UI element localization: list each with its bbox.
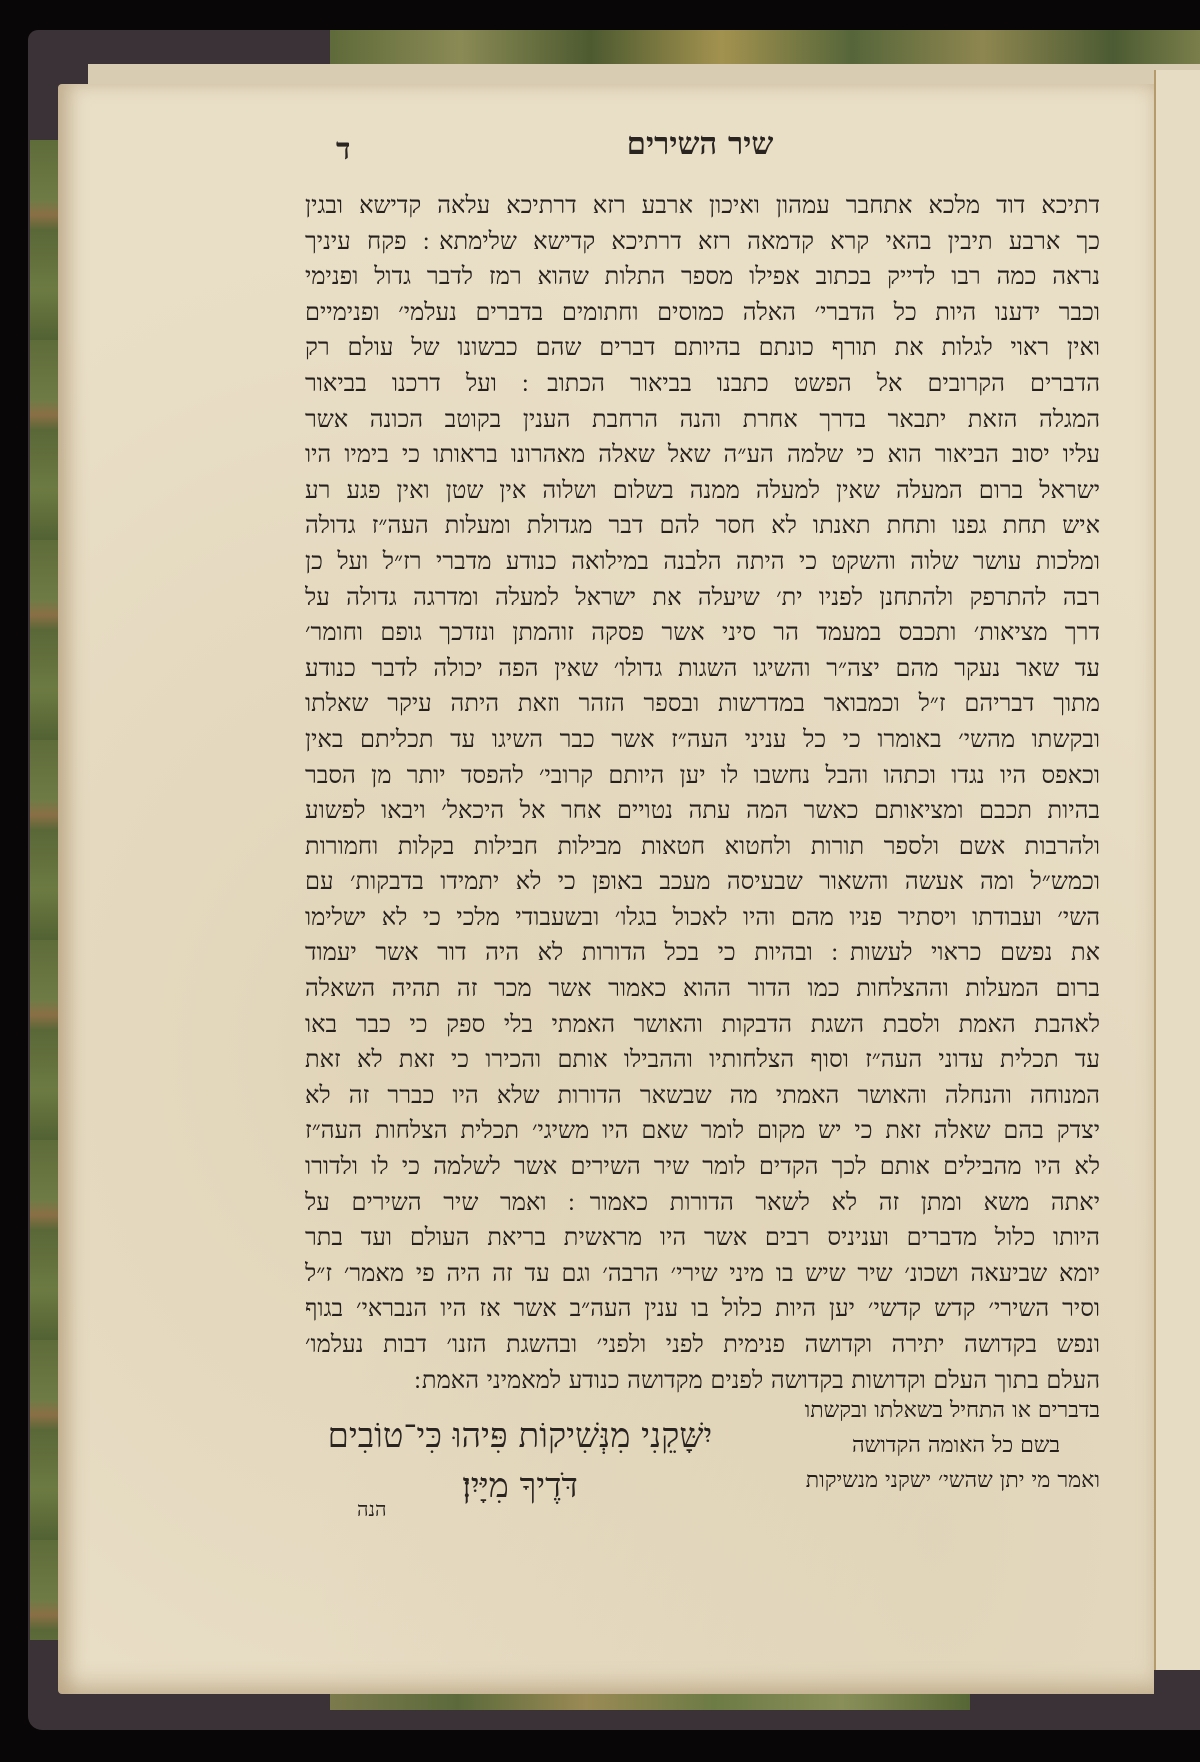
- text-line: וכאפס היו נגדו וכתהו והבל נחשבו לו יען ה…: [305, 758, 1100, 794]
- text-line: ואמר מי יתן שהשי׳ ישקני מנשיקות: [755, 1463, 1100, 1498]
- text-line: רבה להתרפק ולהתחנן לפניו ית׳ שיעלה את יש…: [305, 580, 1100, 616]
- text-line: ואין ראוי לגלות את תורף כונתם בהיותם דבר…: [305, 330, 1100, 366]
- text-line: המגלה הזאת יתבאר בדרך אחרת והנה הרחבת הע…: [305, 402, 1100, 438]
- text-line: דתיכא דוד מלכא אתחבר עמהון ואיכון ארבע ר…: [305, 188, 1100, 224]
- text-line: ולהרבות אשם ולספר תורות ולחטוא חטאות מבי…: [305, 829, 1100, 865]
- text-line: כך ארבע תיבין בהאי קרא קדמאה רזא דרתיכא …: [305, 224, 1100, 260]
- text-line: בשם כל האומה הקדושה: [755, 1428, 1100, 1463]
- marbled-board-top: [330, 30, 1200, 68]
- catchword: הנה: [357, 1497, 387, 1522]
- text-line: את נפשם כראוי לעשות ׃ ובהיות כי בכל הדור…: [305, 935, 1100, 971]
- text-line: ישראל ברום המעלה שאין למעלה ממנה בשלום ו…: [305, 473, 1100, 509]
- running-head: שיר השירים: [560, 126, 840, 162]
- verse-line-1: יִשָּׁקֵנִי מִנְּשִׁיקוֹת פִּיהוּ כִּי־ט…: [310, 1411, 730, 1461]
- text-line: בדברים או התחיל בשאלתו ובקשתו: [755, 1393, 1100, 1428]
- text-line: מתוך דבריהם ז״ל וכמבואר במדרשות ובספר הז…: [305, 686, 1100, 722]
- text-line: ונפש בקדושה יתירה וקדושה פנימית לפני ולפ…: [305, 1327, 1100, 1363]
- text-line: ובקשתו מהשי׳ באומרו כי כל עניני העה״ז אש…: [305, 722, 1100, 758]
- text-line: הדברים הקרובים אל הפשט כתבנו בביאור הכתו…: [305, 366, 1100, 402]
- text-line: עליו יסוב הביאור הוא כי שלמה הע״ה שאל שא…: [305, 437, 1100, 473]
- text-line: נראה כמה רבו לדייק בכתוב אפילו מספר התלו…: [305, 259, 1100, 295]
- text-line: וכבר ידענו היות כל הדברי׳ האלה כמוסים וח…: [305, 295, 1100, 331]
- text-line: המנוחה והנחלה והאושר האמתי מה שבשאר הדור…: [305, 1078, 1100, 1114]
- text-line: וסיר השירי׳ קדש קדשי׳ יען היות כלול בו ע…: [305, 1291, 1100, 1327]
- text-line: יומא שביעאה ושכונ׳ שיר שיש בו מיני שירי׳…: [305, 1256, 1100, 1292]
- text-line: השי׳ ועבודתו ויסתיר פניו מהם והיו לאכול …: [305, 900, 1100, 936]
- text-line: בהיות תכבם ומציאותם כאשר המה עתה נטויים …: [305, 793, 1100, 829]
- text-line: לא היו מהבילים אותם לכך הקדים לומר שיר ה…: [305, 1149, 1100, 1185]
- text-line: וכמש״ל ומה אעשה והשאור שבעיסה מעכב באופן…: [305, 864, 1100, 900]
- text-line: יצדק בהם שאלה זאת כי יש מקום לומר שאם הי…: [305, 1113, 1100, 1149]
- text-line: ברום המעלות וההצלחות כמו הדור ההוא כאמור…: [305, 971, 1100, 1007]
- text-line: יאתה משא ומתן זה לא לשאר הדורות כאמור ׃ …: [305, 1185, 1100, 1221]
- facing-page-edge: [1154, 70, 1200, 1670]
- commentary-body: דתיכא דוד מלכא אתחבר עמהון ואיכון ארבע ר…: [305, 188, 1100, 1398]
- text-line: לאהבת האמת ולסבת השגת הדבקות והאושר האמת…: [305, 1007, 1100, 1043]
- text-line: עד תכלית עדוני העה״ז וסוף הצלחותיו וההבי…: [305, 1042, 1100, 1078]
- text-line: עד שאר נעקר מהם יצה״ר והשיגו השגות גדולו…: [305, 651, 1100, 687]
- text-line: דרך מציאות׳ ותכבס במעמד הר סיני אשר פסקה…: [305, 615, 1100, 651]
- scripture-verse: יִשָּׁקֵנִי מִנְּשִׁיקוֹת פִּיהוּ כִּי־ט…: [310, 1411, 730, 1511]
- text-line: איש תחת גפנו ותחת תאנתו לא חסר להם דבר מ…: [305, 508, 1100, 544]
- commentary-continuation: בדברים או התחיל בשאלתו ובקשתו בשם כל האו…: [755, 1393, 1100, 1498]
- folio-signature: ד: [336, 132, 350, 167]
- text-line: היותו כלול מדברים ועניניס רבים אשר היו מ…: [305, 1220, 1100, 1256]
- text-line: ומלכות עושר שלוה והשקט כי היתה הלבנה במי…: [305, 544, 1100, 580]
